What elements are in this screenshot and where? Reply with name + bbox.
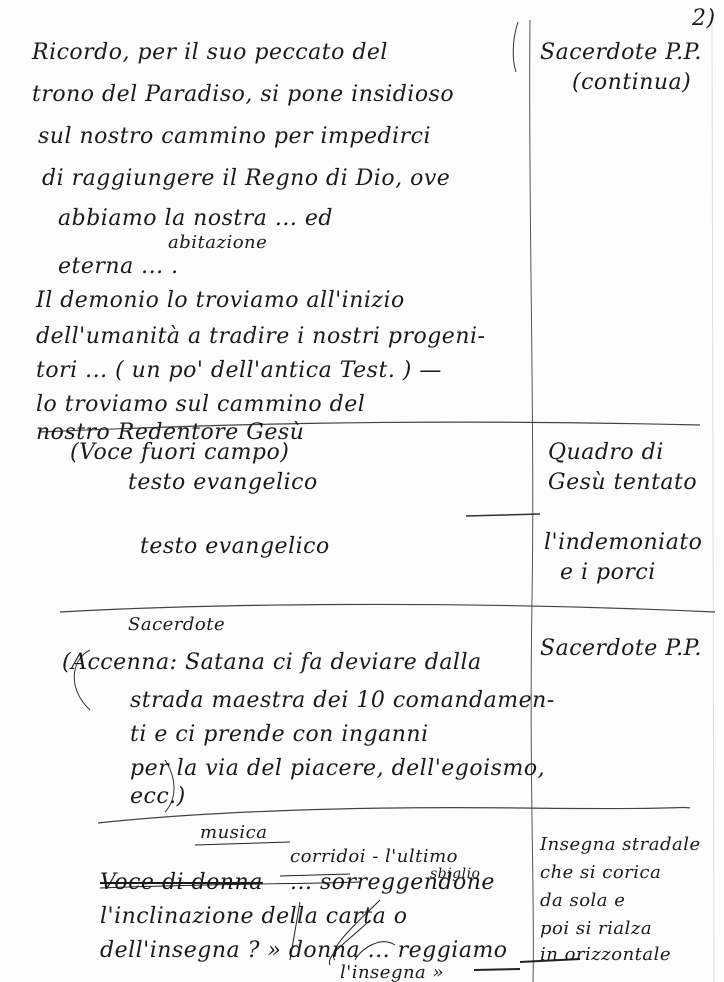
- text-line: strada maestra dei 10 comandamen-: [130, 688, 555, 713]
- text-line: ecc.): [130, 784, 186, 809]
- page-number: 2): [692, 6, 716, 31]
- side-note: Gesù tentato: [548, 470, 697, 495]
- text-line: Ricordo, per il suo peccato del: [32, 40, 388, 65]
- text-line: (Voce fuori campo): [70, 440, 289, 465]
- text-line: dell'insegna ? » donna ... reggiamo: [100, 938, 508, 963]
- text-line: dell'umanità a tradire i nostri progeni-: [36, 324, 485, 349]
- side-note: Quadro di: [548, 440, 664, 465]
- text-line: tori ... ( un po' dell'antica Test. ) —: [36, 358, 442, 383]
- side-note: Sacerdote P.P.: [540, 636, 702, 661]
- text-line: l'insegna »: [340, 962, 444, 982]
- side-note: l'indemoniato: [544, 530, 702, 555]
- section-heading: Sacerdote: [128, 614, 225, 635]
- section-heading: musica: [200, 822, 267, 843]
- side-note: Sacerdote P.P.: [540, 40, 702, 65]
- side-note: poi si rialza: [540, 918, 652, 939]
- insertion-text: corridoi - l'ultimo: [290, 846, 458, 867]
- struck-text: Voce di donna: [100, 870, 263, 895]
- side-note: e i porci: [560, 560, 656, 585]
- text-line: abbiamo la nostra ... ed: [58, 206, 333, 231]
- side-note: (continua): [572, 70, 691, 95]
- text-line: ... sorreggendone: [290, 870, 495, 895]
- side-note: che si corica: [540, 862, 661, 883]
- text-line: sul nostro cammino per impedirci: [38, 124, 431, 149]
- text-line: testo evangelico: [140, 534, 330, 559]
- side-note: da sola e: [540, 890, 625, 911]
- text-line: per la via del piacere, dell'egoismo,: [130, 756, 545, 781]
- text-line: trono del Paradiso, si pone insidioso: [32, 82, 454, 107]
- text-line: Il demonio lo troviamo all'inizio: [36, 288, 405, 313]
- text-line: testo evangelico: [128, 470, 318, 495]
- handwritten-page: 2) Ricordo, per il suo peccato del trono…: [0, 0, 724, 982]
- insertion-text: abitazione: [168, 232, 267, 253]
- text-line: lo troviamo sul cammino del: [36, 392, 365, 417]
- text-line: di raggiungere il Regno di Dio, ove: [42, 166, 450, 191]
- text-line: eterna ... .: [58, 254, 179, 279]
- side-note: in orizzontale: [540, 944, 671, 965]
- text-line: ti e ci prende con inganni: [130, 722, 429, 747]
- text-line: (Accenna: Satana ci fa deviare dalla: [62, 650, 482, 675]
- side-note: Insegna stradale: [540, 834, 701, 855]
- text-line: l'inclinazione della carta o: [100, 904, 407, 929]
